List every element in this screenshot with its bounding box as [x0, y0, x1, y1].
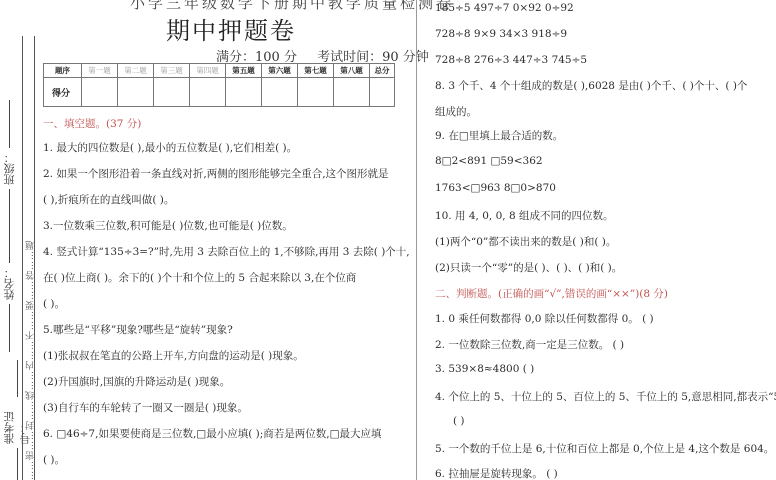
- name-blank-line-2: [10, 215, 11, 263]
- score-cell[interactable]: [334, 78, 370, 107]
- question-4-cont: 在( )位上商( )。余下的( )个十和个位上的 5 合起来除以 3,在个位商: [43, 270, 356, 285]
- score-cell[interactable]: [226, 78, 262, 107]
- header-cell: 第四题: [190, 64, 226, 78]
- name-field: 姓名：: [2, 215, 18, 352]
- seal-line-right: [34, 36, 36, 480]
- name-blank-line: [10, 304, 11, 352]
- question-2: 2. 如果一个图形沿着一条直线对折,两侧的图形能够完全重合,这个图形就是: [43, 166, 389, 181]
- section-heading-fill-in: 一、填空题。(37 分): [43, 116, 141, 131]
- header-cell: 第二题: [118, 64, 154, 78]
- question-5: 5.哪些是“平移”现象?哪些是“旋转”现象?: [43, 322, 233, 337]
- question-5-1: (1)张叔叔在笔直的公路上开车,方向盘的运动是( )现象。: [43, 348, 304, 363]
- page-title: 期中押题卷: [166, 11, 296, 46]
- right-page: 185÷5 497÷7 0×92 0÷92 728÷8 9×9 34×3 918…: [410, 0, 776, 480]
- header-cell: 题序: [44, 64, 82, 78]
- question-10-1: (1)两个“0”都不读出来的数是( )和( )。: [435, 234, 616, 249]
- header-cell: 第八题: [334, 64, 370, 78]
- section-prefix: 二、: [435, 288, 456, 300]
- calc-row-2: 728÷8 9×9 34×3 918÷9: [435, 28, 567, 40]
- section-title: 判断题。(正确的画“√”,错误的画“××”): [456, 288, 639, 300]
- header-cell: 第五题: [226, 64, 262, 78]
- judge-1: 1. 0 乘任何数都得 0,0 除以任何数都得 0。 ( ): [435, 311, 654, 326]
- score-cell[interactable]: [82, 78, 118, 107]
- calc-row-1: 185÷5 497÷7 0×92 0÷92: [435, 2, 574, 14]
- question-3: 3.一位数乘三位数,积可能是( )位数,也可能是( )位数。: [43, 218, 293, 233]
- question-8-cont: 组成的。: [435, 104, 477, 119]
- class-blank-line-2: [10, 100, 11, 148]
- question-8: 8. 3 个千、4 个十组成的数是( ),6028 是由( )个千、( )个十、…: [435, 78, 747, 93]
- question-5-3: (3)自行车的车轮转了一圈又一圈是( )现象。: [43, 400, 248, 415]
- seal-text: ……密……封……线……内……不……要……答……题: [24, 40, 34, 480]
- question-5-2: (2)升国旗时,国旗的升降运动是( )现象。: [43, 374, 230, 389]
- question-9-row-2: 1763<□963 8□0>870: [435, 182, 556, 194]
- class-label: 班级：: [2, 152, 18, 185]
- exam-id-blank-line-2: [18, 360, 19, 398]
- section-points: (37 分): [106, 118, 141, 130]
- question-6-cont: ( )。: [43, 452, 65, 467]
- judge-2: 2. 一位数除三位数,商一定是三位数。 ( ): [435, 337, 624, 352]
- question-4-cont-2: ( )。: [43, 296, 65, 311]
- score-table-row: 得分: [44, 78, 395, 107]
- header-cell: 总分: [370, 64, 395, 78]
- name-label: 姓名：: [2, 267, 18, 300]
- question-10-2: (2)只读一个“零”的是( )、( )、( )和( )。: [435, 260, 622, 275]
- question-2-cont: ( ),折痕所在的直线叫做( )。: [43, 192, 174, 207]
- question-4: 4. 竖式计算“135÷3=?”时,先用 3 去除百位上的 1,不够除,再用 3…: [43, 244, 410, 259]
- header-cell: 第三题: [154, 64, 190, 78]
- section-heading-true-false: 二、判断题。(正确的画“√”,错误的画“××”)(8 分): [435, 286, 668, 301]
- score-table-header: 题序 第一题 第二题 第三题 第四题 第五题 第六题 第七题 第八题 总分: [44, 64, 395, 78]
- question-1: 1. 最大的四位数是( ),最小的五位数是( ),它们相差( )。: [43, 140, 297, 155]
- score-cell[interactable]: [154, 78, 190, 107]
- question-9-row-1: 8□2<891 □59<362: [435, 155, 543, 167]
- calc-row-3: 728÷8 276÷3 447÷3 745÷5: [435, 54, 587, 66]
- section-prefix: 一、: [43, 118, 64, 130]
- left-page: 班级： 姓名： 准考证号： ……密……封……线……内……不……要……答……题 小…: [0, 0, 410, 480]
- score-cell[interactable]: [190, 78, 226, 107]
- score-cell[interactable]: [298, 78, 334, 107]
- score-cell[interactable]: [262, 78, 298, 107]
- header-cell: 第一题: [82, 64, 118, 78]
- question-9: 9. 在□里填上最合适的数。: [435, 128, 563, 143]
- judge-3: 3. 539×8≈4800 ( ): [435, 363, 534, 375]
- question-10: 10. 用 4, 0, 0, 8 组成不同的四位数。: [435, 208, 613, 223]
- judge-4: 4. 个位上的 5、十位上的 5、百位上的 5、千位上的 5,意思相同,都表示“…: [435, 389, 776, 404]
- row-label: 得分: [44, 78, 82, 107]
- binding-margin: 班级： 姓名： 准考证号： ……密……封……线……内……不……要……答……题: [0, 30, 40, 480]
- score-cell[interactable]: [370, 78, 395, 107]
- question-6: 6. □46÷7,如果要使商是三位数,□最小应填( );商若是两位数,□最大应填: [43, 426, 382, 441]
- judge-6: 6. 拉抽屉是旋转现象。 ( ): [435, 466, 558, 480]
- header-cell: 第六题: [262, 64, 298, 78]
- score-cell[interactable]: [118, 78, 154, 107]
- exam-id-blank-line: [18, 448, 19, 480]
- judge-4-cont: ( ): [453, 415, 465, 427]
- judge-5: 5. 一个数的千位上是 6,十位和百位上都是 0,个位上是 4,这个数是 604…: [435, 441, 776, 456]
- score-table: 题序 第一题 第二题 第三题 第四题 第五题 第六题 第七题 第八题 总分 得分: [43, 63, 395, 107]
- header-cell: 第七题: [298, 64, 334, 78]
- section-title: 填空题。: [64, 118, 106, 130]
- section-points: (8 分): [639, 288, 668, 300]
